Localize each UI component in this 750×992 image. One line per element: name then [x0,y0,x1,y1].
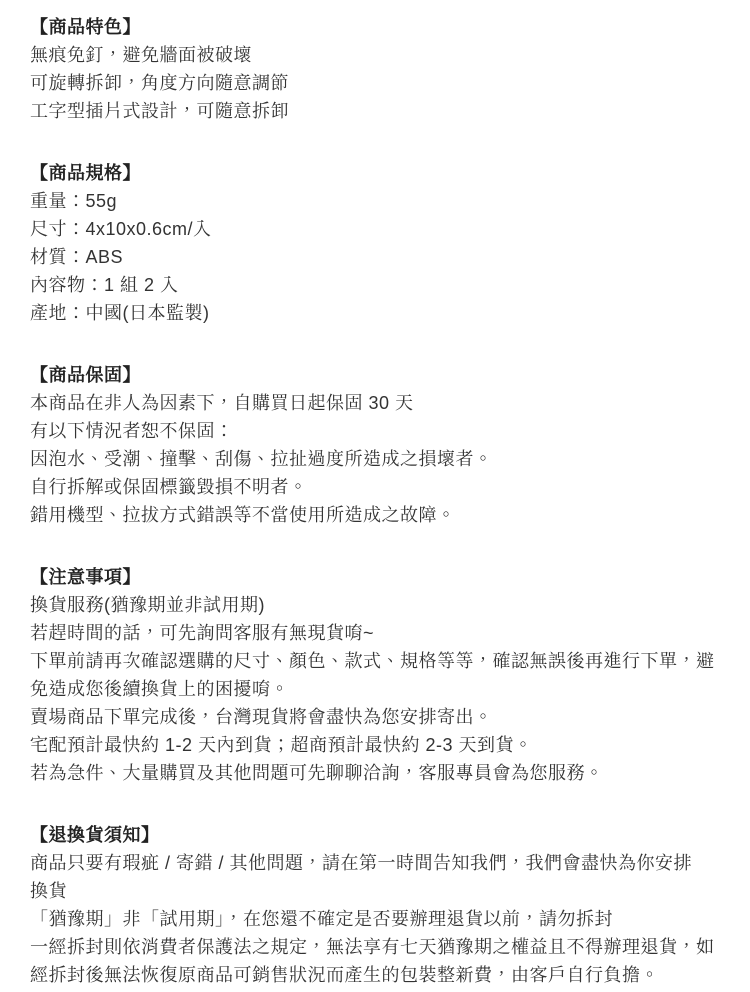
section-text-line: 宅配預計最快約 1-2 天內到貨；超商預計最快約 2-3 天到貨。 [30,731,736,759]
section-text-line: 商品只要有瑕疵 / 寄錯 / 其他問題，請在第一時間告知我們，我們會盡快為你安排 [30,849,736,877]
section-text-line: 若為急件、大量購買及其他問題可先聊聊洽詢，客服專員會為您服務。 [30,759,736,787]
section-text-line: 換貨服務(猶豫期並非試用期) [30,591,736,619]
section-heading: 【商品規格】 [30,159,736,187]
section-text-line: 經拆封後無法恢復原商品可銷售狀況而產生的包裝整新費，由客戶自行負擔。 [30,961,736,989]
section-text-line: 重量：55g [30,187,736,215]
section-text-line: 換貨 [30,877,736,905]
section-text-line: 錯用機型、拉拔方式錯誤等不當使用所造成之故障。 [30,501,736,529]
section-heading: 【退換貨須知】 [30,821,736,849]
section-heading: 【商品保固】 [30,361,736,389]
product-info-section: 【注意事項】 換貨服務(猶豫期並非試用期)若趕時間的話，可先詢問客服有無現貨唷~… [30,563,736,787]
product-info-section: 【退換貨須知】 商品只要有瑕疵 / 寄錯 / 其他問題，請在第一時間告知我們，我… [30,821,736,989]
section-text-line: 無痕免釘，避免牆面被破壞 [30,41,736,69]
product-info-section: 【商品保固】 本商品在非人為因素下，自購買日起保固 30 天有以下情況者恕不保固… [30,361,736,529]
section-text-line: 一經拆封則依消費者保護法之規定，無法享有七天猶豫期之權益且不得辦理退貨，如 [30,933,736,961]
product-description-sections: 【商品特色】 無痕免釘，避免牆面被破壞可旋轉拆卸，角度方向隨意調節工字型插片式設… [30,13,736,989]
section-text-line: 可旋轉拆卸，角度方向隨意調節 [30,69,736,97]
section-text-line: 因泡水、受潮、撞擊、刮傷、拉扯過度所造成之損壞者。 [30,445,736,473]
section-text-line: 產地：中國(日本監製) [30,299,736,327]
section-text-line: 本商品在非人為因素下，自購買日起保固 30 天 [30,389,736,417]
section-heading: 【注意事項】 [30,563,736,591]
product-info-section: 【商品規格】 重量：55g尺寸：4x10x0.6cm/入材質：ABS內容物：1 … [30,159,736,327]
product-info-section: 【商品特色】 無痕免釘，避免牆面被破壞可旋轉拆卸，角度方向隨意調節工字型插片式設… [30,13,736,125]
section-text-line: 自行拆解或保固標籤毀損不明者。 [30,473,736,501]
section-text-line: 下單前請再次確認選購的尺寸、顏色、款式、規格等等，確認無誤後再進行下單，避 [30,647,736,675]
section-text-line: 若趕時間的話，可先詢問客服有無現貨唷~ [30,619,736,647]
section-text-line: 有以下情況者恕不保固： [30,417,736,445]
section-text-line: 工字型插片式設計，可隨意拆卸 [30,97,736,125]
product-description-page: 【商品特色】 無痕免釘，避免牆面被破壞可旋轉拆卸，角度方向隨意調節工字型插片式設… [0,0,750,989]
section-text-line: 「猶豫期」非「試用期」，在您還不確定是否要辦理退貨以前，請勿拆封 [30,905,736,933]
section-text-line: 材質：ABS [30,243,736,271]
section-text-line: 賣場商品下單完成後，台灣現貨將會盡快為您安排寄出。 [30,703,736,731]
section-heading: 【商品特色】 [30,13,736,41]
section-text-line: 內容物：1 組 2 入 [30,271,736,299]
section-text-line: 免造成您後續換貨上的困擾唷。 [30,675,736,703]
section-text-line: 尺寸：4x10x0.6cm/入 [30,215,736,243]
